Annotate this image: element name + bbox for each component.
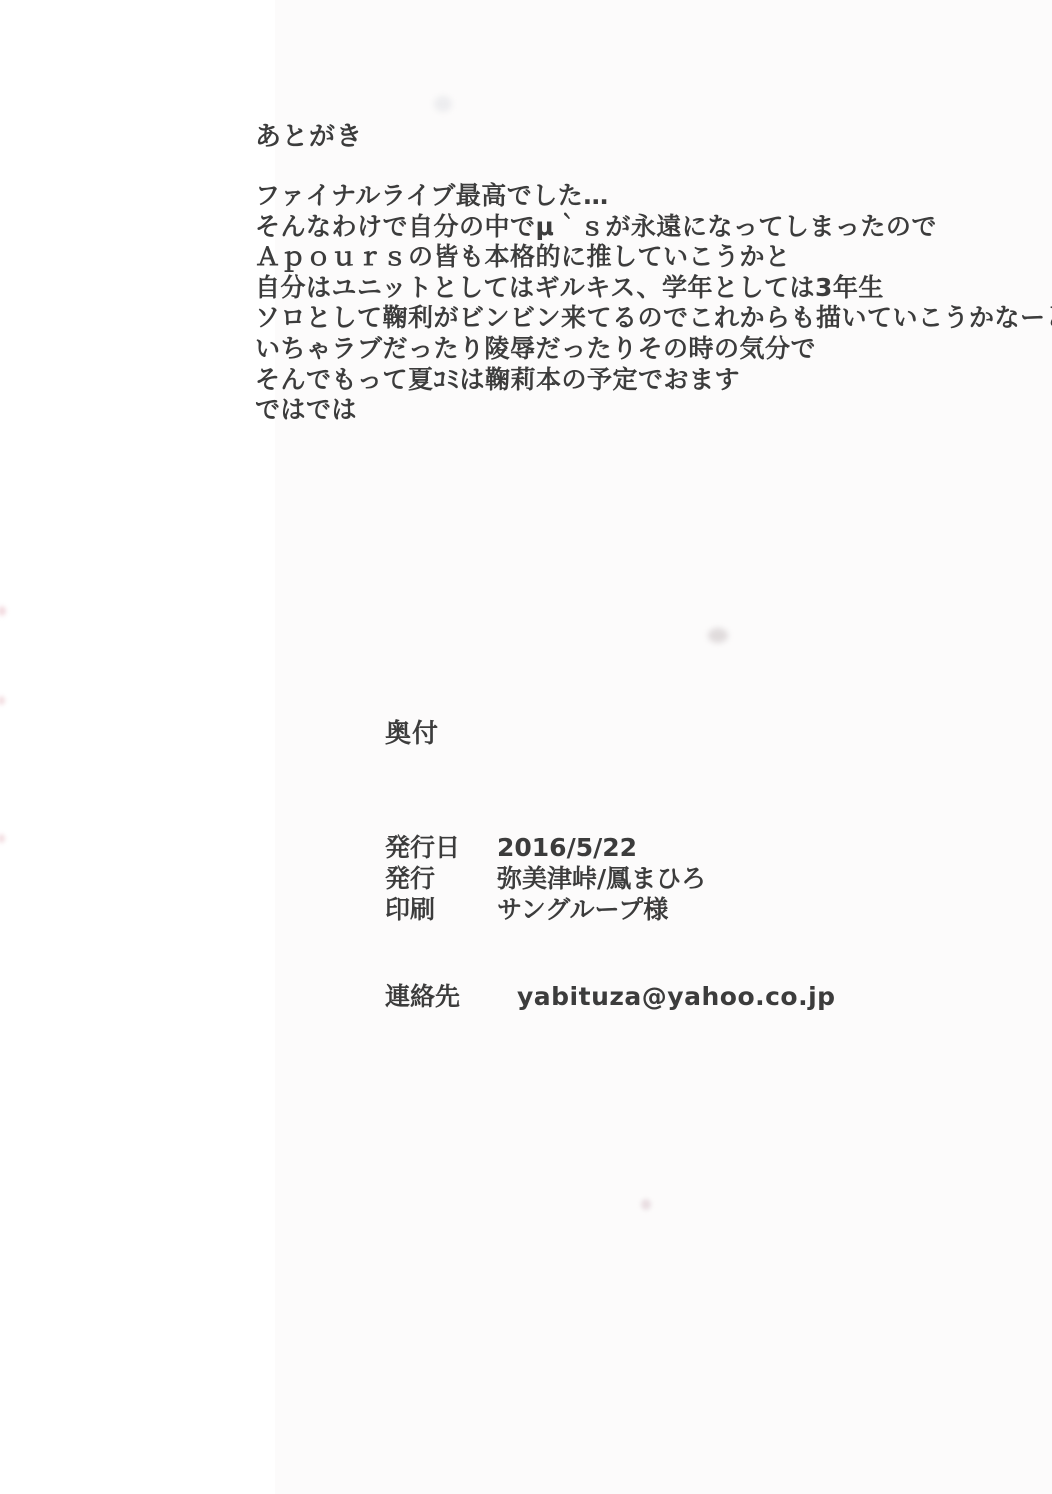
publish-date-label: 発行日 [385, 832, 497, 863]
scan-dust-speck [0, 696, 5, 705]
afterword-line: Ａｐｏｕｒｓの皆も本格的に推していこうかと [255, 242, 1052, 273]
afterword-line: そんなわけで自分の中でμ｀ｓが永遠になってしまったので [255, 212, 1052, 243]
afterword-body: ファイナルライブ最高でした… そんなわけで自分の中でμ｀ｓが永遠になってしまった… [255, 181, 1052, 426]
afterword-line: ではでは [255, 395, 1052, 426]
printer-value: サングループ様 [497, 894, 668, 925]
scan-dust-speck [434, 96, 452, 112]
afterword-line: 自分はユニットとしてはギルキス、学年としては3年生 [255, 273, 1052, 304]
scan-dust-speck [0, 834, 5, 843]
publisher-label: 発行 [385, 863, 497, 894]
colophon-row-printer: 印刷 サングループ様 [385, 894, 706, 925]
colophon-heading: 奥付 [385, 713, 439, 750]
colophon-row-publish-date: 発行日 2016/5/22 [385, 832, 706, 863]
publish-date-value: 2016/5/22 [497, 832, 637, 863]
contact-email: yabituza@yahoo.co.jp [517, 981, 836, 1012]
printer-label: 印刷 [385, 894, 497, 925]
afterword-line: ソロとして鞠利がビンビン来てるのでこれからも描いていこうかなーと [255, 303, 1052, 334]
afterword-line: いちゃラブだったり陵辱だったりその時の気分で [255, 334, 1052, 365]
scan-dust-speck [641, 1199, 651, 1210]
afterword-line: そんでもって夏ｺﾐは鞠莉本の予定でおます [255, 365, 1052, 396]
colophon-row-contact: 連絡先 yabituza@yahoo.co.jp [385, 981, 836, 1012]
afterword-heading: あとがき [255, 116, 363, 153]
scan-dust-speck [0, 606, 6, 616]
colophon-info: 発行日 2016/5/22 発行 弥美津峠/鳳まひろ 印刷 サングループ様 [385, 832, 706, 925]
contact-label: 連絡先 [385, 981, 517, 1012]
afterword-line: ファイナルライブ最高でした… [255, 181, 1052, 212]
colophon-row-publisher: 発行 弥美津峠/鳳まひろ [385, 863, 706, 894]
scanned-afterword-page: あとがき ファイナルライブ最高でした… そんなわけで自分の中でμ｀ｓが永遠になっ… [0, 0, 1052, 1494]
scan-dust-speck [708, 628, 728, 643]
publisher-value: 弥美津峠/鳳まひろ [497, 863, 706, 894]
